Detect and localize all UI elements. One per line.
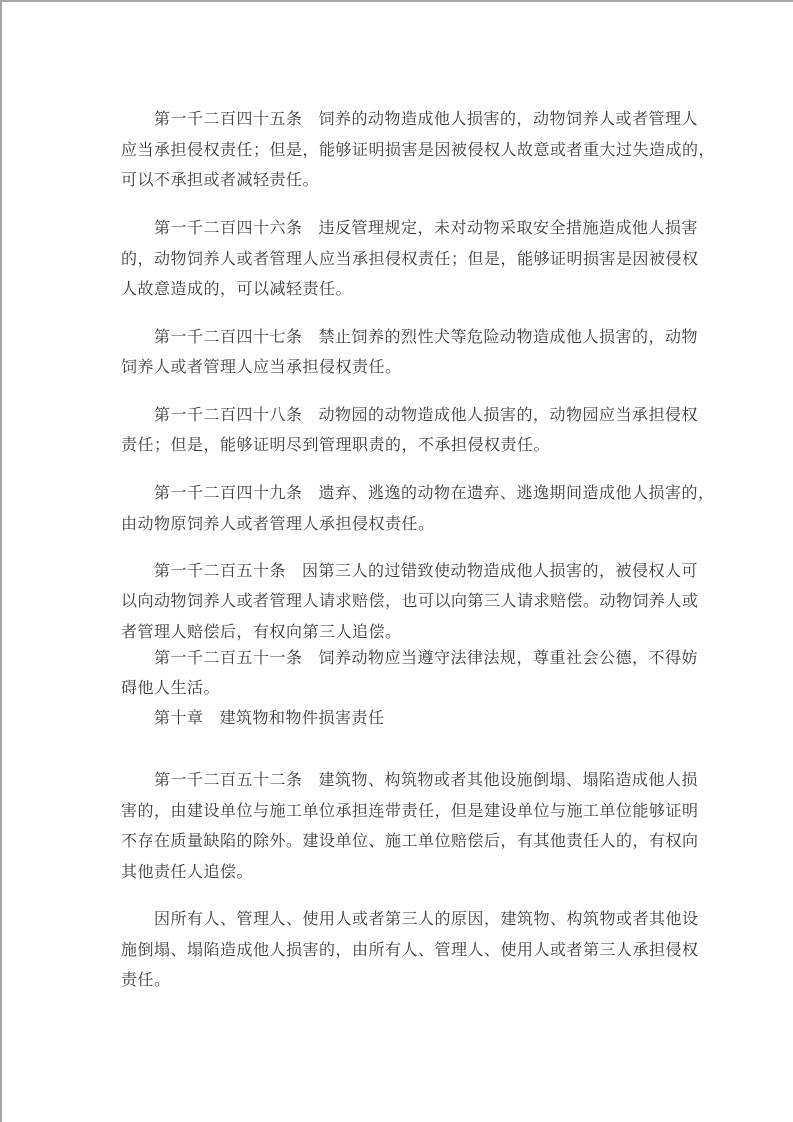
- chapter-title: 建筑物和物件损害责任: [220, 708, 385, 727]
- article-number: 第一千二百四十九条: [154, 483, 303, 502]
- article-text-line: 可以不承担或者减轻责任。: [121, 170, 319, 190]
- article-text-line: 者管理人赔偿后，有权向第三人追偿。: [121, 622, 402, 642]
- article-text: 饲养的动物造成他人损害的，动物饲养人或者管理人: [319, 109, 699, 128]
- article-text-line: 不存在质量缺陷的除外。建设单位、施工单位赔偿后，有其他责任人的，有权向: [121, 831, 699, 851]
- article-text: 因第三人的过错致使动物造成他人损害的，被侵权人可: [302, 561, 698, 580]
- article-number: 第一千二百四十八条: [154, 405, 303, 424]
- document-page: 第一千二百四十五条饲养的动物造成他人损害的，动物饲养人或者管理人 应当承担侵权责…: [0, 0, 793, 1122]
- article-text: 违反管理规定，未对动物采取安全措施造成他人损害: [319, 218, 699, 237]
- article-text: 动物园的动物造成他人损害的，动物园应当承担侵权: [319, 405, 699, 424]
- paragraph-text-line: 施倒塌、塌陷造成他人损害的，由所有人、管理人、使用人或者第三人承担侵权: [121, 940, 699, 960]
- article-text: 建筑物、构筑物或者其他设施倒塌、塌陷造成他人损: [319, 770, 699, 789]
- article-first-line: 第一千二百四十八条动物园的动物造成他人损害的，动物园应当承担侵权: [154, 405, 698, 425]
- article-text-line: 人故意造成的，可以减轻责任。: [121, 279, 352, 299]
- article-first-line: 第一千二百五十一条饲养动物应当遵守法律法规，尊重社会公德，不得妨: [154, 648, 698, 668]
- article-number: 第一千二百五十条: [154, 561, 286, 580]
- article-text: 遗弃、逃逸的动物在遗弃、逃逸期间造成他人损害的，: [319, 483, 715, 502]
- article-number: 第一千二百四十六条: [154, 218, 303, 237]
- article-first-line: 第一千二百五十条因第三人的过错致使动物造成他人损害的，被侵权人可: [154, 561, 698, 581]
- article-text-line: 饲养人或者管理人应当承担侵权责任。: [121, 357, 402, 377]
- chapter-number: 第十章: [154, 708, 204, 727]
- article-text-line: 害的，由建设单位与施工单位承担连带责任，但是建设单位与施工单位能够证明: [121, 801, 699, 821]
- chapter-heading: 第十章建筑物和物件损害责任: [154, 708, 385, 728]
- article-text-line: 责任；但是，能够证明尽到管理职责的，不承担侵权责任。: [121, 435, 550, 455]
- paragraph-first-line: 因所有人、管理人、使用人或者第三人的原因，建筑物、构筑物或者其他设: [154, 909, 699, 929]
- article-first-line: 第一千二百四十五条饲养的动物造成他人损害的，动物饲养人或者管理人: [154, 109, 698, 129]
- article-text-line: 的，动物饲养人或者管理人应当承担侵权责任；但是，能够证明损害是因被侵权: [121, 249, 699, 269]
- article-text: 饲养动物应当遵守法律法规，尊重社会公德，不得妨: [319, 648, 699, 667]
- article-text-line: 以向动物饲养人或者管理人请求赔偿，也可以向第三人请求赔偿。动物饲养人或: [121, 591, 699, 611]
- article-first-line: 第一千二百四十七条禁止饲养的烈性犬等危险动物造成他人损害的，动物: [154, 327, 698, 347]
- article-text-line: 碍他人生活。: [121, 678, 220, 698]
- article-first-line: 第一千二百五十二条建筑物、构筑物或者其他设施倒塌、塌陷造成他人损: [154, 770, 698, 790]
- paragraph-text-line: 责任。: [121, 970, 171, 990]
- article-number: 第一千二百五十一条: [154, 648, 303, 667]
- article-number: 第一千二百五十二条: [154, 770, 303, 789]
- article-text: 禁止饲养的烈性犬等危险动物造成他人损害的，动物: [319, 327, 699, 346]
- article-first-line: 第一千二百四十六条违反管理规定，未对动物采取安全措施造成他人损害: [154, 218, 698, 238]
- article-number: 第一千二百四十七条: [154, 327, 303, 346]
- article-first-line: 第一千二百四十九条遗弃、逃逸的动物在遗弃、逃逸期间造成他人损害的，: [154, 483, 715, 503]
- article-text-line: 应当承担侵权责任；但是，能够证明损害是因被侵权人故意或者重大过失造成的，: [121, 140, 715, 160]
- article-text-line: 其他责任人追偿。: [121, 862, 253, 882]
- article-text-line: 由动物原饲养人或者管理人承担侵权责任。: [121, 514, 435, 534]
- article-number: 第一千二百四十五条: [154, 109, 303, 128]
